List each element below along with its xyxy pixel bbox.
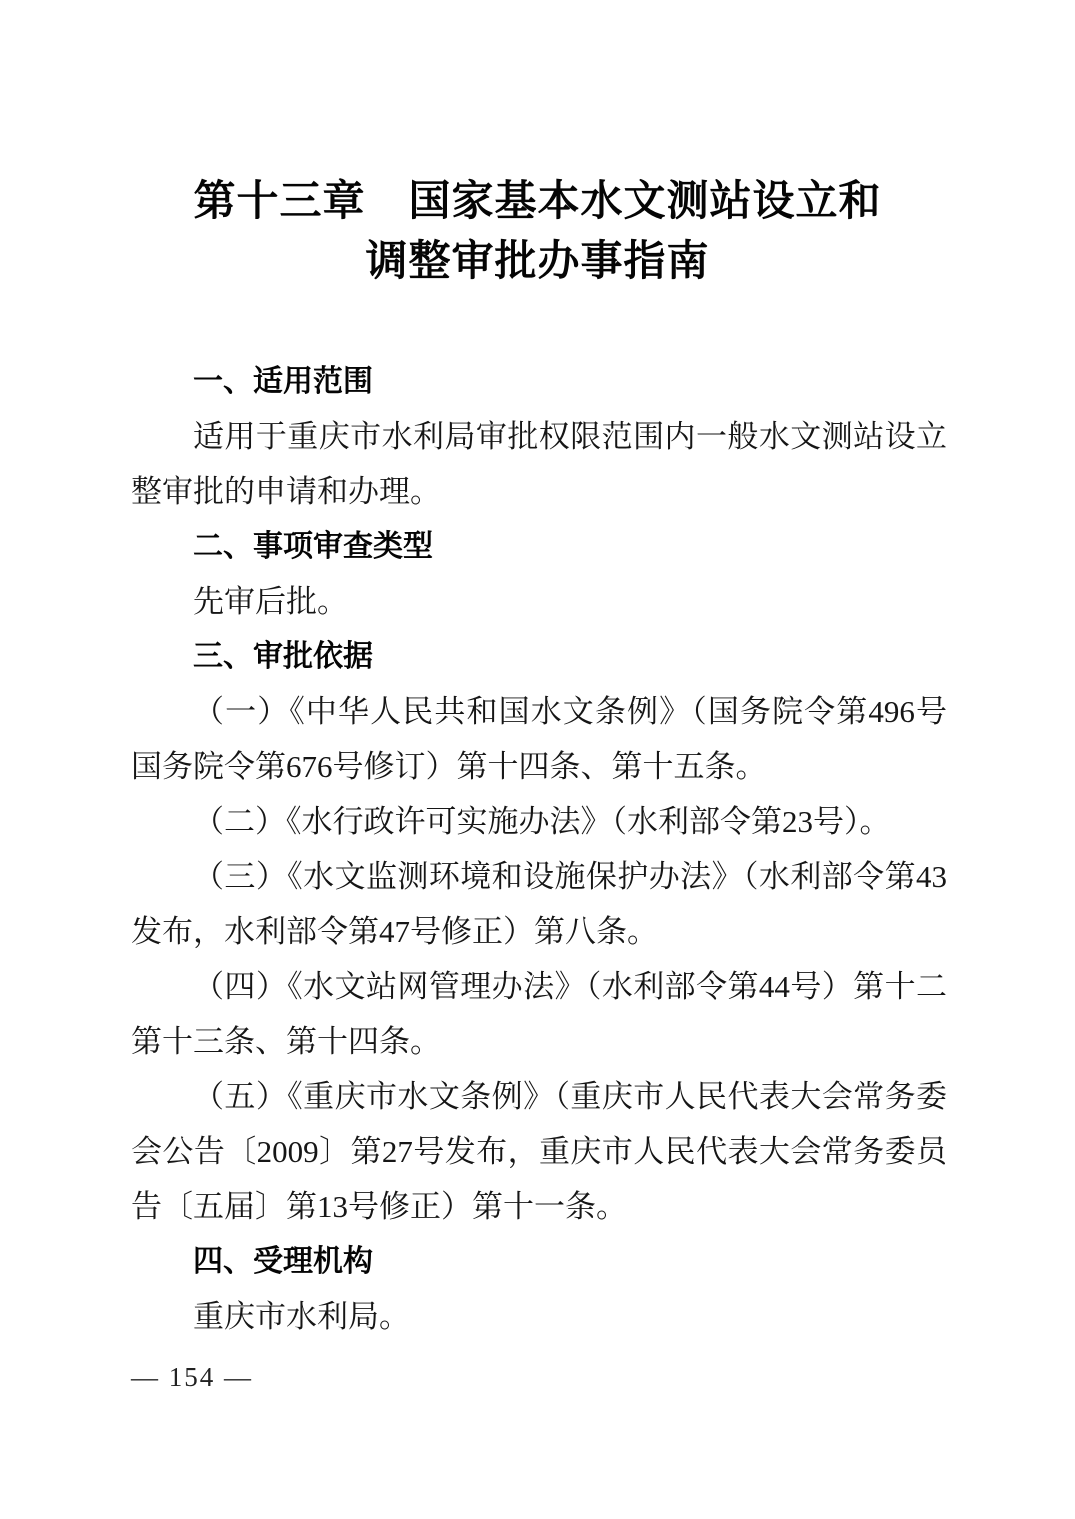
text-line: 第十三条、第十四条。 (131, 1014, 947, 1069)
page-number: — 154 — (131, 1360, 253, 1394)
text-line: 国务院令第676号修订）第十四条、第十五条。 (131, 739, 947, 794)
document-body: 一、适用范围 适用于重庆市水利局审批权限范围内一般水文测站设立和调 整审批的申请… (131, 354, 947, 1344)
text-line: （二）《水行政许可实施办法》（水利部令第23号）。 (131, 794, 947, 849)
section-heading-1: 一、适用范围 (131, 354, 947, 409)
text-line: （三）《水文监测环境和设施保护办法》（水利部令第43号 (131, 849, 947, 904)
text-line: 重庆市水利局。 (131, 1289, 947, 1344)
chapter-title: 第十三章 国家基本水文测站设立和 调整审批办事指南 (0, 172, 1075, 292)
section-heading-3: 三、审批依据 (131, 629, 947, 684)
text-line: 会公告〔2009〕第27号发布，重庆市人民代表大会常务委员会公 (131, 1124, 947, 1179)
text-line: （四）《水文站网管理办法》（水利部令第44号）第十二条、 (131, 959, 947, 1014)
text-line: 整审批的申请和办理。 (131, 464, 947, 519)
text-line: （五）《重庆市水文条例》（重庆市人民代表大会常务委员 (131, 1069, 947, 1124)
document-page: 第十三章 国家基本水文测站设立和 调整审批办事指南 一、适用范围 适用于重庆市水… (0, 0, 1075, 1519)
chapter-title-line-1: 第十三章 国家基本水文测站设立和 (0, 172, 1075, 232)
text-line: 先审后批。 (131, 574, 947, 629)
section-heading-4: 四、受理机构 (131, 1234, 947, 1289)
chapter-title-line-2: 调整审批办事指南 (0, 232, 1075, 292)
text-line: 告〔五届〕第13号修正）第十一条。 (131, 1179, 947, 1234)
section-heading-2: 二、事项审查类型 (131, 519, 947, 574)
text-line: 适用于重庆市水利局审批权限范围内一般水文测站设立和调 (131, 409, 947, 464)
text-line: （一）《中华人民共和国水文条例》（国务院令第496号公布， (131, 684, 947, 739)
text-line: 发布，水利部令第47号修正）第八条。 (131, 904, 947, 959)
